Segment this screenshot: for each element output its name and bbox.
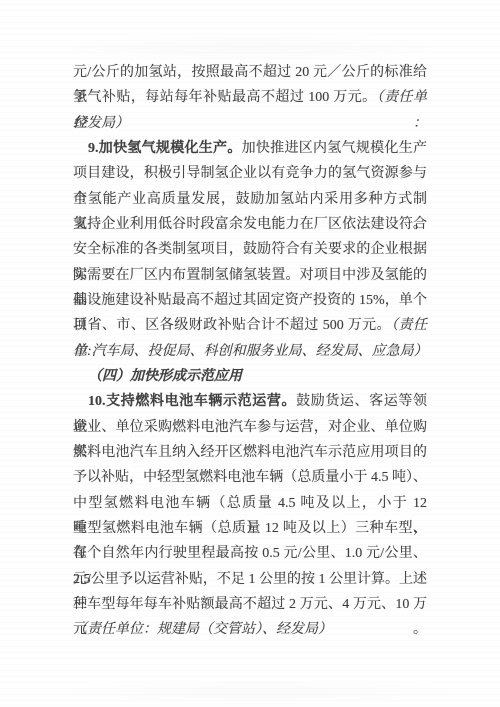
text-line: 种车型每年每车补贴额最高不超过 2 万元、4 万元、10 万元。: [73, 592, 427, 617]
text-line: 企业、单位采购燃料电池汽车参与运营，对企业、单位购买: [73, 415, 427, 440]
text-line: 10.支持燃料电池车辆示范运营。鼓励货运、客运等领域: [73, 389, 427, 414]
body-text: 予以补贴，中轻型氢燃料电池车辆（总质量小于 4.5 吨）、: [73, 470, 427, 485]
text-line: 燃料电池汽车且纳入经开区燃料电池汽车示范应用项目的: [73, 440, 427, 465]
text-block: 元/公斤的加氢站，按照最高不超过 20 元／公斤的标准给予氢气补贴，每站每年补贴…: [73, 60, 427, 643]
body-text: 加快推进区内氢气规模化生产: [242, 141, 427, 156]
text-line: 予以补贴，中轻型氢燃料电池车辆（总质量小于 4.5 吨）、: [73, 465, 427, 490]
text-line: 目省、市、区各级财政补贴合计不超过 500 万元。（责任单: [73, 313, 427, 338]
text-line: 元/公里予以运营补贴，不足 1 公里的按 1 公里计算。上述三: [73, 567, 427, 592]
text-line: （四）加快形成示范应用: [73, 364, 427, 389]
clause-heading-text: 10.支持燃料电池车辆示范运营。: [88, 394, 296, 409]
body-text: 目省、市、区各级财政补贴合计不超过 500 万元。: [73, 318, 391, 333]
text-line: 元/公斤的加氢站，按照最高不超过 20 元／公斤的标准给予: [73, 60, 427, 85]
text-line: 础设施建设补贴最高不超过其固定资产投资的 15%，单个项: [73, 288, 427, 313]
text-line: 安全标准的各类制氢项目，鼓励符合有关要求的企业根据实: [73, 237, 427, 262]
responsible-unit-text: （责任单位：规建局（交管站）、经发局）: [73, 622, 332, 637]
text-line: 每个自然年内行驶里程最高按 0.5 元/公里、1.0 元/公里、2.5: [73, 541, 427, 566]
text-line: 氢气补贴，每站每年补贴最高不超过 100 万元。（责任单位：: [73, 85, 427, 110]
body-text: 燃料电池汽车且纳入经开区燃料电池汽车示范应用项目的: [73, 445, 427, 460]
text-line: 项目建设，积极引导制氢企业以有竞争力的氢气资源参与全: [73, 161, 427, 186]
text-line: 际需要在厂区内布置制氢储氢装置。对项目中涉及氢能的基: [73, 263, 427, 288]
text-line: 重型氢燃料电池车辆（总质量 12 吨及以上）三种车型，在: [73, 516, 427, 541]
responsible-unit-text: 位:汽车局、投促局、科创和服务业局、经发局、应急局）: [73, 344, 428, 359]
text-line: 支持企业利用低谷时段富余发电能力在厂区依法建设符合: [73, 212, 427, 237]
section-heading-text: （四）加快形成示范应用: [88, 369, 242, 384]
body-text: 氢气补贴，每站每年补贴最高不超过 100 万元。: [73, 90, 377, 105]
text-line: 中型氢燃料电池车辆（总质量 4.5 吨及以上，小于 12 吨）、: [73, 491, 427, 516]
responsible-unit-text: 经发局）: [73, 116, 129, 131]
text-line: 市氢能产业高质量发展，鼓励加氢站内采用多种方式制氢。: [73, 187, 427, 212]
document-page: 元/公斤的加氢站，按照最高不超过 20 元／公斤的标准给予氢气补贴，每站每年补贴…: [0, 0, 500, 707]
text-line: 9.加快氢气规模化生产。加快推进区内氢气规模化生产: [73, 136, 427, 161]
body-text: 支持企业利用低谷时段富余发电能力在厂区依法建设符合: [73, 217, 427, 232]
text-line: 位:汽车局、投促局、科创和服务业局、经发局、应急局）: [73, 339, 427, 364]
clause-heading-text: 9.加快氢气规模化生产。: [88, 141, 242, 156]
